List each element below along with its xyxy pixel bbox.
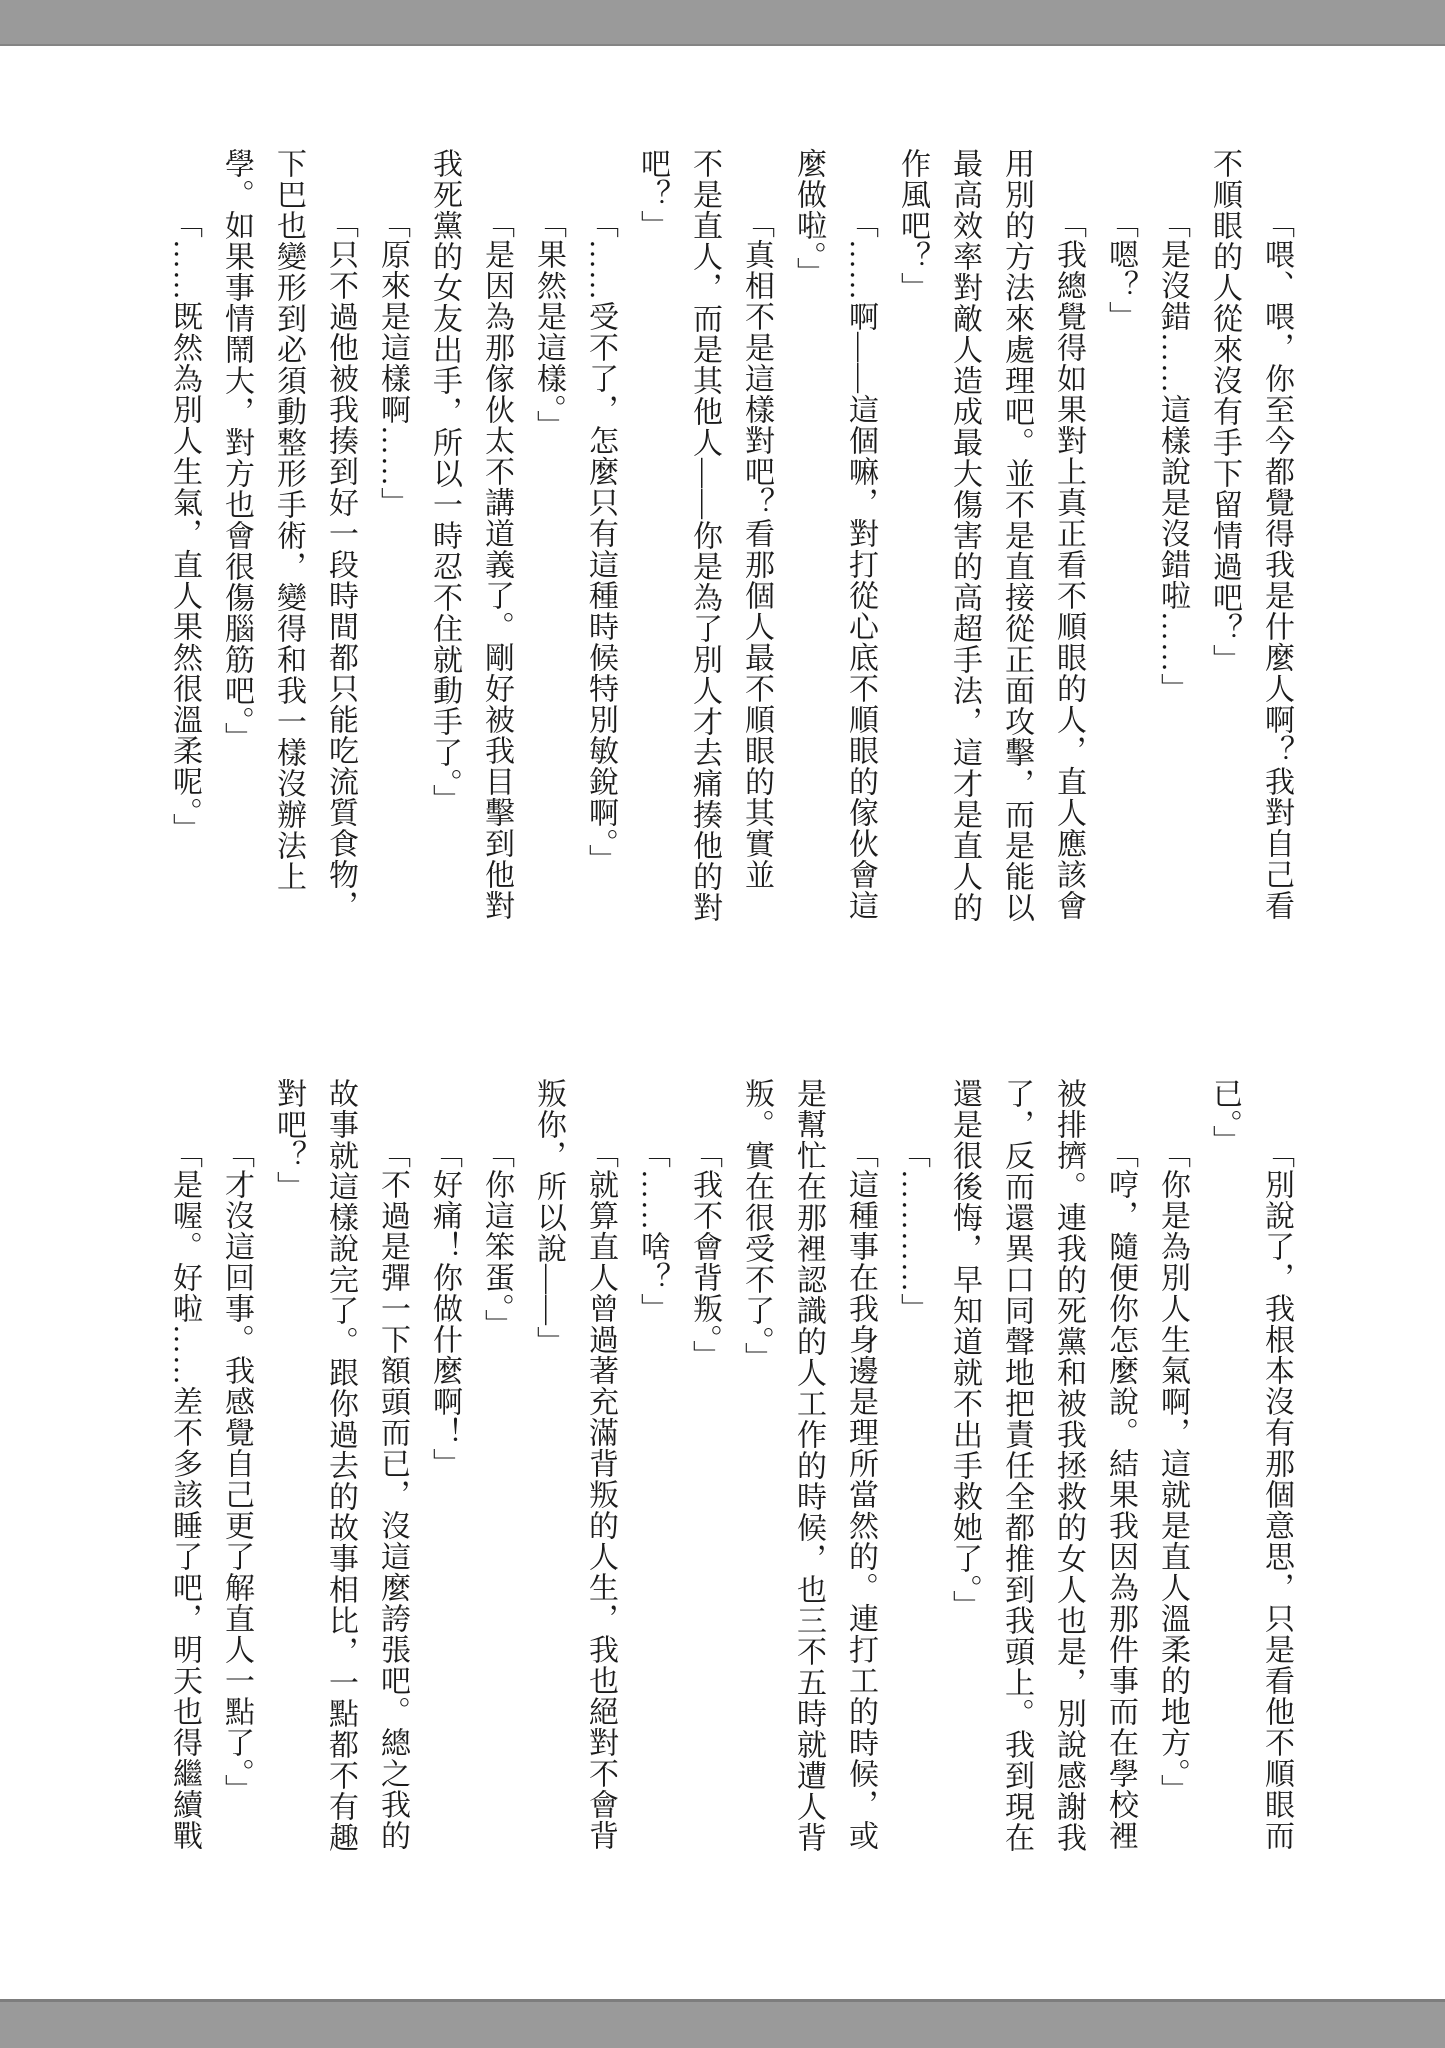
text-line: 「你是為別人生氣啊，這就是直人溫柔的地方。」 <box>1146 1078 1198 1908</box>
scan-bottom-bar <box>0 1999 1445 2048</box>
text-line: 作風吧？」 <box>886 148 938 983</box>
text-line: 不順眼的人從來沒有手下留情過吧？」 <box>1198 148 1250 983</box>
text-line: 「是喔。好啦……差不多該睡了吧，明天也得繼續戰 <box>158 1078 210 1908</box>
text-line: 「不過是彈一下額頭而已，沒這麼誇張吧。總之我的 <box>366 1078 418 1908</box>
text-line: 「…………」 <box>886 1078 938 1908</box>
text-line: 「是因為那傢伙太不講道義了。剛好被我目擊到他對 <box>470 148 522 983</box>
text-line: 「別說了，我根本沒有那個意思，只是看他不順眼而 <box>1250 1078 1302 1908</box>
text-line: 「……啥？」 <box>626 1078 678 1908</box>
text-line: 被排擠。連我的死黨和被我拯救的女人也是，別說感謝我 <box>1042 1078 1094 1908</box>
text-line: 「果然是這樣。」 <box>522 148 574 983</box>
text-line: 了，反而還異口同聲地把責任全都推到我頭上。我到現在 <box>990 1078 1042 1908</box>
text-band-upper: 「喂、喂，你至今都覺得我是什麼人啊？我對自己看 不順眼的人從來沒有手下留情過吧？… <box>158 148 1302 983</box>
text-line: 「你這笨蛋。」 <box>470 1078 522 1908</box>
text-line: 對吧？」 <box>262 1078 314 1908</box>
text-line: 用別的方法來處理吧。並不是直接從正面攻擊，而是能以 <box>990 148 1042 983</box>
text-line: 學。如果事情鬧大，對方也會很傷腦筋吧。」 <box>210 148 262 983</box>
text-line: 已。」 <box>1198 1078 1250 1908</box>
text-line: 故事就這樣說完了。跟你過去的故事相比，一點都不有趣 <box>314 1078 366 1908</box>
text-line: 「真相不是這樣對吧？看那個人最不順眼的其實並 <box>730 148 782 983</box>
text-line: 「是沒錯……這樣說是沒錯啦……」 <box>1146 148 1198 983</box>
text-line: 「才沒這回事。我感覺自己更了解直人一點了。」 <box>210 1078 262 1908</box>
text-line: 麼做啦。」 <box>782 148 834 983</box>
text-line: 是幫忙在那裡認識的人工作的時候，也三不五時就遭人背 <box>782 1078 834 1908</box>
text-line: 叛。實在很受不了。」 <box>730 1078 782 1908</box>
text-line: 不是直人，而是其他人——你是為了別人才去痛揍他的對 <box>678 148 730 983</box>
text-line: 叛你，所以說——」 <box>522 1078 574 1908</box>
text-line: 「嗯？」 <box>1094 148 1146 983</box>
text-line: 「就算直人曾過著充滿背叛的人生，我也絕對不會背 <box>574 1078 626 1908</box>
text-line: 「……啊——這個嘛，對打從心底不順眼的傢伙會這 <box>834 148 886 983</box>
text-line: 最高效率對敵人造成最大傷害的高超手法，這才是直人的 <box>938 148 990 983</box>
text-line: 「哼，隨便你怎麼說。結果我因為那件事而在學校裡 <box>1094 1078 1146 1908</box>
text-line: 我死黨的女友出手，所以一時忍不住就動手了。」 <box>418 148 470 983</box>
text-band-lower: 「別說了，我根本沒有那個意思，只是看他不順眼而 已。」 「你是為別人生氣啊，這就… <box>158 1078 1302 1908</box>
text-line: 「……受不了，怎麼只有這種時候特別敏銳啊。」 <box>574 148 626 983</box>
text-line: 「我總覺得如果對上真正看不順眼的人，直人應該會 <box>1042 148 1094 983</box>
text-line: 「喂、喂，你至今都覺得我是什麼人啊？我對自己看 <box>1250 148 1302 983</box>
text-line: 「原來是這樣啊……」 <box>366 148 418 983</box>
text-line: 「這種事在我身邊是理所當然的。連打工的時候，或 <box>834 1078 886 1908</box>
text-line: 下巴也變形到必須動整形手術，變得和我一樣沒辦法上 <box>262 148 314 983</box>
text-line: 「只不過他被我揍到好一段時間都只能吃流質食物， <box>314 148 366 983</box>
text-line: 還是很後悔，早知道就不出手救她了。」 <box>938 1078 990 1908</box>
scan-top-bar <box>0 0 1445 46</box>
text-line: 吧？」 <box>626 148 678 983</box>
text-line: 「好痛！你做什麼啊！」 <box>418 1078 470 1908</box>
text-line: 「我不會背叛。」 <box>678 1078 730 1908</box>
scanned-novel-page: 「喂、喂，你至今都覺得我是什麼人啊？我對自己看 不順眼的人從來沒有手下留情過吧？… <box>0 0 1445 2048</box>
text-line: 「……既然為別人生氣，直人果然很溫柔呢。」 <box>158 148 210 983</box>
